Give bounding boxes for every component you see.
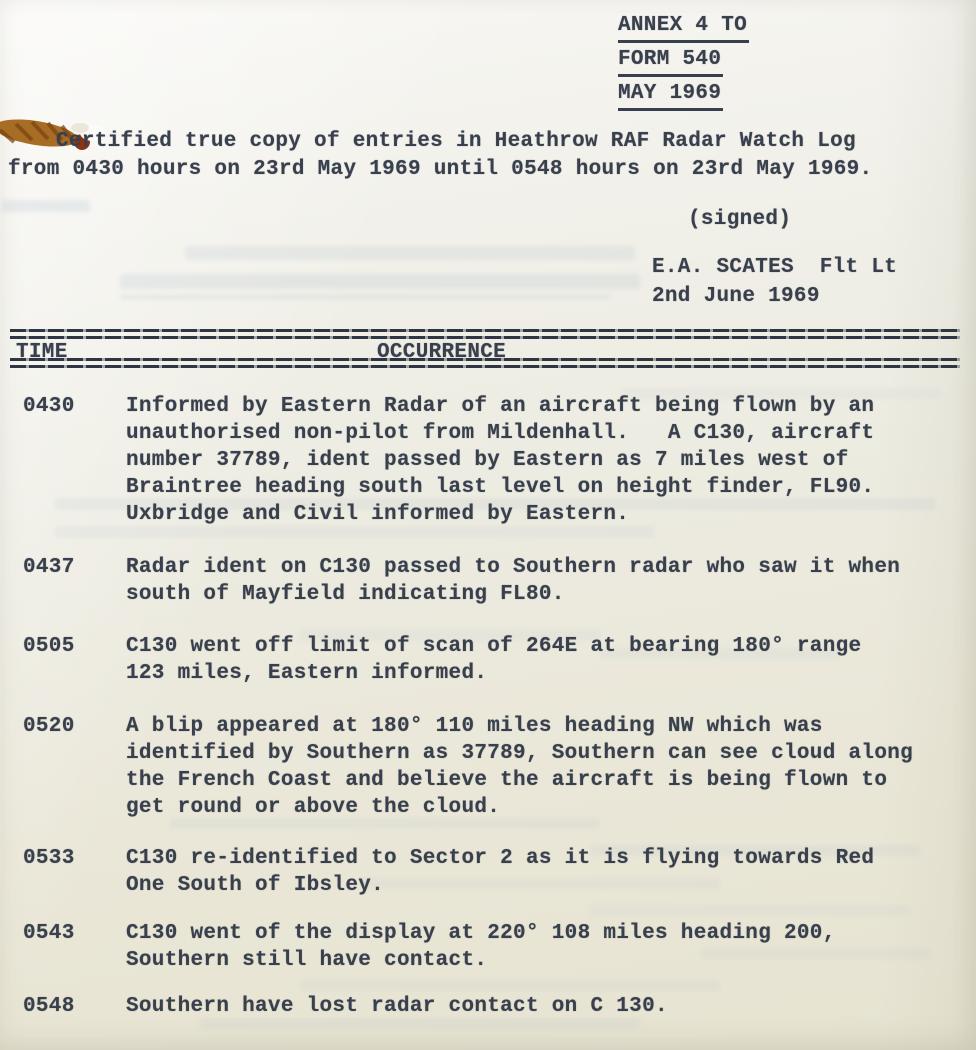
certification-paragraph: Certified true copy of entries in Heathr… [8, 128, 912, 184]
log-entry-row: 0437 Radar ident on C130 passed to South… [23, 554, 958, 608]
entry-occurrence: C130 re-identified to Sector 2 as it is … [126, 845, 958, 899]
entry-occurrence: Radar ident on C130 passed to Southern r… [126, 554, 958, 608]
table-bottom-rule [10, 358, 960, 368]
entry-time: 0505 [23, 633, 126, 660]
log-entry-row: 0505 C130 went off limit of scan of 264E… [23, 633, 958, 687]
bleedthrough-ghost [120, 274, 640, 289]
entry-time: 0533 [23, 845, 126, 872]
entry-time: 0437 [23, 554, 126, 581]
entry-occurrence: C130 went off limit of scan of 264E at b… [126, 633, 958, 687]
entry-time: 0543 [23, 920, 126, 947]
signature-date: 2nd June 1969 [652, 283, 820, 310]
entry-time: 0430 [23, 393, 126, 420]
bleedthrough-ghost [2, 200, 90, 212]
signed-label: (signed) [688, 206, 791, 233]
entry-occurrence: Southern have lost radar contact on C 13… [126, 993, 958, 1020]
bleedthrough-ghost [120, 295, 610, 299]
annex-header: ANNEX 4 TO FORM 540 MAY 1969 [618, 12, 749, 114]
entry-occurrence: C130 went of the display at 220° 108 mil… [126, 920, 958, 974]
log-entry-row: 0520 A blip appeared at 180° 110 miles h… [23, 713, 958, 821]
entry-occurrence: Informed by Eastern Radar of an aircraft… [126, 393, 958, 528]
annex-line-3: MAY 1969 [618, 80, 723, 111]
signature-name: E.A. SCATES Flt Lt [652, 254, 897, 281]
entry-time: 0520 [23, 713, 126, 740]
annex-line-1: ANNEX 4 TO [618, 12, 749, 43]
log-entry-row: 0533 C130 re-identified to Sector 2 as i… [23, 845, 958, 899]
log-entry-row: 0548 Southern have lost radar contact on… [23, 993, 958, 1020]
log-entry-row: 0430 Informed by Eastern Radar of an air… [23, 393, 958, 528]
table-top-rule [10, 329, 960, 339]
annex-line-2: FORM 540 [618, 46, 723, 77]
log-entry-row: 0543 C130 went of the display at 220° 10… [23, 920, 958, 974]
scanned-document-page: ANNEX 4 TO FORM 540 MAY 1969 Certified t… [0, 0, 976, 1050]
entry-occurrence: A blip appeared at 180° 110 miles headin… [126, 713, 958, 821]
log-entries: 0430 Informed by Eastern Radar of an air… [23, 393, 958, 1020]
entry-time: 0548 [23, 993, 126, 1020]
bleedthrough-ghost [185, 246, 635, 260]
